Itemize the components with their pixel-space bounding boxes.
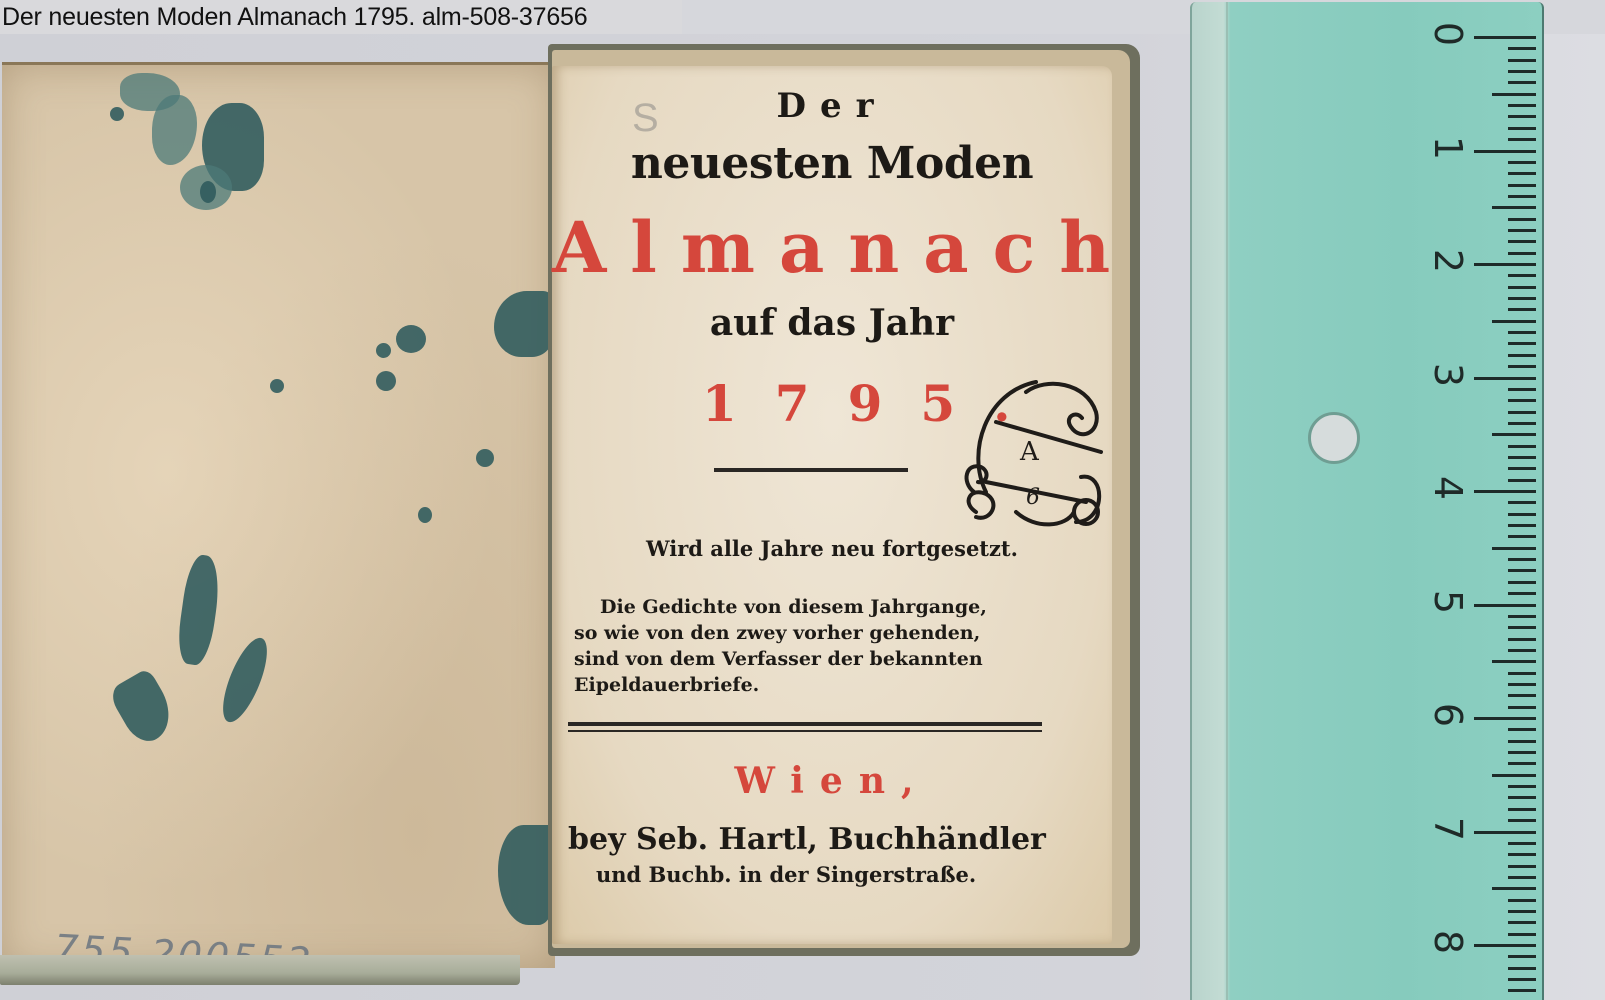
title-auf-das-jahr: auf das Jahr (552, 302, 1112, 344)
ink-stain (376, 371, 396, 391)
ruler-tick (1508, 161, 1536, 164)
imprint-address: und Buchb. in der Singerstraße. (596, 862, 1112, 887)
ruler-tick (1508, 240, 1536, 243)
ruler-tick (1508, 365, 1536, 368)
title-divider-rule (714, 468, 908, 472)
ruler-label: 0 (1426, 14, 1470, 54)
ruler-tick (1508, 921, 1536, 924)
ruler-tick (1508, 865, 1536, 868)
image-caption: Der neuesten Moden Almanach 1795. alm-50… (0, 0, 682, 34)
ink-stain (418, 507, 432, 523)
imprint-place-wien: Wien, (552, 760, 1112, 802)
ruler-tick (1508, 274, 1536, 277)
ink-stain (107, 667, 182, 748)
ruler-tick (1492, 774, 1536, 777)
ruler-tick (1508, 524, 1536, 527)
ruler-tick (1492, 93, 1536, 96)
ruler-tick (1508, 842, 1536, 845)
ruler-tick (1508, 638, 1536, 641)
ruler-tick (1474, 490, 1536, 493)
ruler-tick (1474, 831, 1536, 834)
title-neuesten-moden: neuesten Moden (552, 138, 1112, 189)
double-rule-bottom (568, 730, 1042, 732)
ruler-label: 5 (1426, 582, 1470, 622)
ruler-tick (1508, 218, 1536, 221)
ruler-tick (1508, 411, 1536, 414)
ruler-tick (1508, 104, 1536, 107)
ruler-tick (1508, 819, 1536, 822)
ruler-tick (1508, 933, 1536, 936)
ruler-tick (1508, 581, 1536, 584)
ruler-tick (1508, 229, 1536, 232)
ruler-tick (1508, 876, 1536, 879)
ruler-tick (1508, 308, 1536, 311)
ruler-tick (1492, 660, 1536, 663)
ruler-tick (1508, 59, 1536, 62)
ruler-tick (1508, 297, 1536, 300)
paragraph-line-2: so wie von den zwey vorher gehenden, (574, 622, 1112, 644)
ruler-tick (1508, 342, 1536, 345)
ruler-tick (1508, 399, 1536, 402)
paragraph-line-4: Eipeldauerbriefe. (574, 674, 1112, 696)
inside-cover: 755.200552 (2, 62, 555, 968)
ruler-tick (1508, 592, 1536, 595)
ruler-label: 2 (1426, 241, 1470, 281)
ruler-tick (1508, 955, 1536, 958)
ruler-tick (1508, 331, 1536, 334)
ruler-tick (1508, 672, 1536, 675)
paragraph-line-1: Die Gedichte von diesem Jahrgange, (600, 596, 1112, 618)
ruler-tick (1508, 751, 1536, 754)
ruler-tick (1508, 615, 1536, 618)
ruler-tick (1492, 887, 1536, 890)
ruler-tick (1508, 558, 1536, 561)
ruler-tick (1508, 796, 1536, 799)
ruler-tick (1508, 479, 1536, 482)
ruler-label: 4 (1426, 468, 1470, 508)
ruler-tick (1508, 683, 1536, 686)
ruler-tick (1508, 184, 1536, 187)
ruler-label: 7 (1426, 809, 1470, 849)
ruler-tick (1508, 740, 1536, 743)
ink-stain (396, 325, 426, 353)
ruler-tick (1508, 286, 1536, 289)
ruler-label: 8 (1426, 922, 1470, 962)
subtitle-wird-alle-jahre: Wird alle Jahre neu fortgesetzt. (552, 536, 1112, 561)
ruler-label: 6 (1426, 695, 1470, 735)
ruler-tick (1474, 604, 1536, 607)
title-page: S Der neuesten Moden Almanach auf das Ja… (552, 66, 1112, 944)
ruler-tick (1474, 36, 1536, 39)
stamp-letter: A (1019, 437, 1040, 467)
ruler-tick (1508, 70, 1536, 73)
ruler-tick (1508, 808, 1536, 811)
ruler-tick (1492, 433, 1536, 436)
ruler-tick (1508, 728, 1536, 731)
ruler-tick (1508, 138, 1536, 141)
ruler-tick (1474, 263, 1536, 266)
title-almanach: Almanach (552, 206, 1112, 289)
ruler-tick (1508, 706, 1536, 709)
ruler-tick (1508, 989, 1536, 992)
ink-stain (152, 95, 197, 165)
ruler-tick (1474, 377, 1536, 380)
ruler-tick (1508, 978, 1536, 981)
ruler-tick (1508, 853, 1536, 856)
measuring-ruler: 012345678 (1190, 2, 1544, 1000)
ruler-tick (1492, 320, 1536, 323)
ruler-tick (1508, 195, 1536, 198)
title-der: Der (552, 86, 1112, 126)
ink-stain (270, 379, 284, 393)
imprint-publisher: bey Seb. Hartl, Buchhändler (568, 822, 1112, 857)
ruler-tick (1508, 694, 1536, 697)
ruler-tick (1508, 569, 1536, 572)
ruler-tick (1508, 910, 1536, 913)
ruler-tick (1508, 513, 1536, 516)
ruler-tick (1508, 456, 1536, 459)
ruler-tick (1508, 127, 1536, 130)
ruler-tick (1508, 172, 1536, 175)
ruler-tick (1508, 762, 1536, 765)
ruler-tick (1508, 47, 1536, 50)
ruler-tick (1508, 81, 1536, 84)
ruler-tick (1508, 785, 1536, 788)
ruler-tick (1492, 206, 1536, 209)
ink-stain (110, 107, 124, 121)
ink-stain (175, 553, 224, 667)
ruler-tick (1508, 388, 1536, 391)
ruler-tick (1508, 445, 1536, 448)
cover-binding-edge (0, 955, 520, 985)
ruler-tick (1474, 944, 1536, 947)
ruler-tick (1508, 535, 1536, 538)
double-rule-top (568, 722, 1042, 726)
ruler-tick (1492, 547, 1536, 550)
ruler-tick (1508, 467, 1536, 470)
ink-stain (498, 825, 554, 925)
ruler-tick (1508, 649, 1536, 652)
ruler-tick (1508, 252, 1536, 255)
ink-stain (476, 449, 494, 467)
ruler-tick (1508, 115, 1536, 118)
ruler-tick (1508, 967, 1536, 970)
ruler-bevel (1226, 2, 1228, 1000)
ruler-label: 1 (1426, 128, 1470, 168)
ink-stain (214, 633, 276, 728)
ruler-tick (1508, 422, 1536, 425)
ink-stain (376, 343, 391, 358)
ruler-label: 3 (1426, 355, 1470, 395)
library-stamp-icon: A 6 (956, 372, 1106, 532)
ruler-tick (1508, 354, 1536, 357)
ruler-tick (1508, 899, 1536, 902)
ink-stain (494, 291, 554, 357)
paragraph-line-3: sind von dem Verfasser der bekannten (574, 648, 1112, 670)
ruler-hole (1308, 412, 1360, 464)
ruler-tick (1508, 626, 1536, 629)
stamp-number: 6 (1026, 485, 1040, 510)
ruler-tick (1508, 501, 1536, 504)
ruler-tick (1474, 150, 1536, 153)
ink-stain (200, 181, 216, 203)
ruler-tick (1474, 717, 1536, 720)
